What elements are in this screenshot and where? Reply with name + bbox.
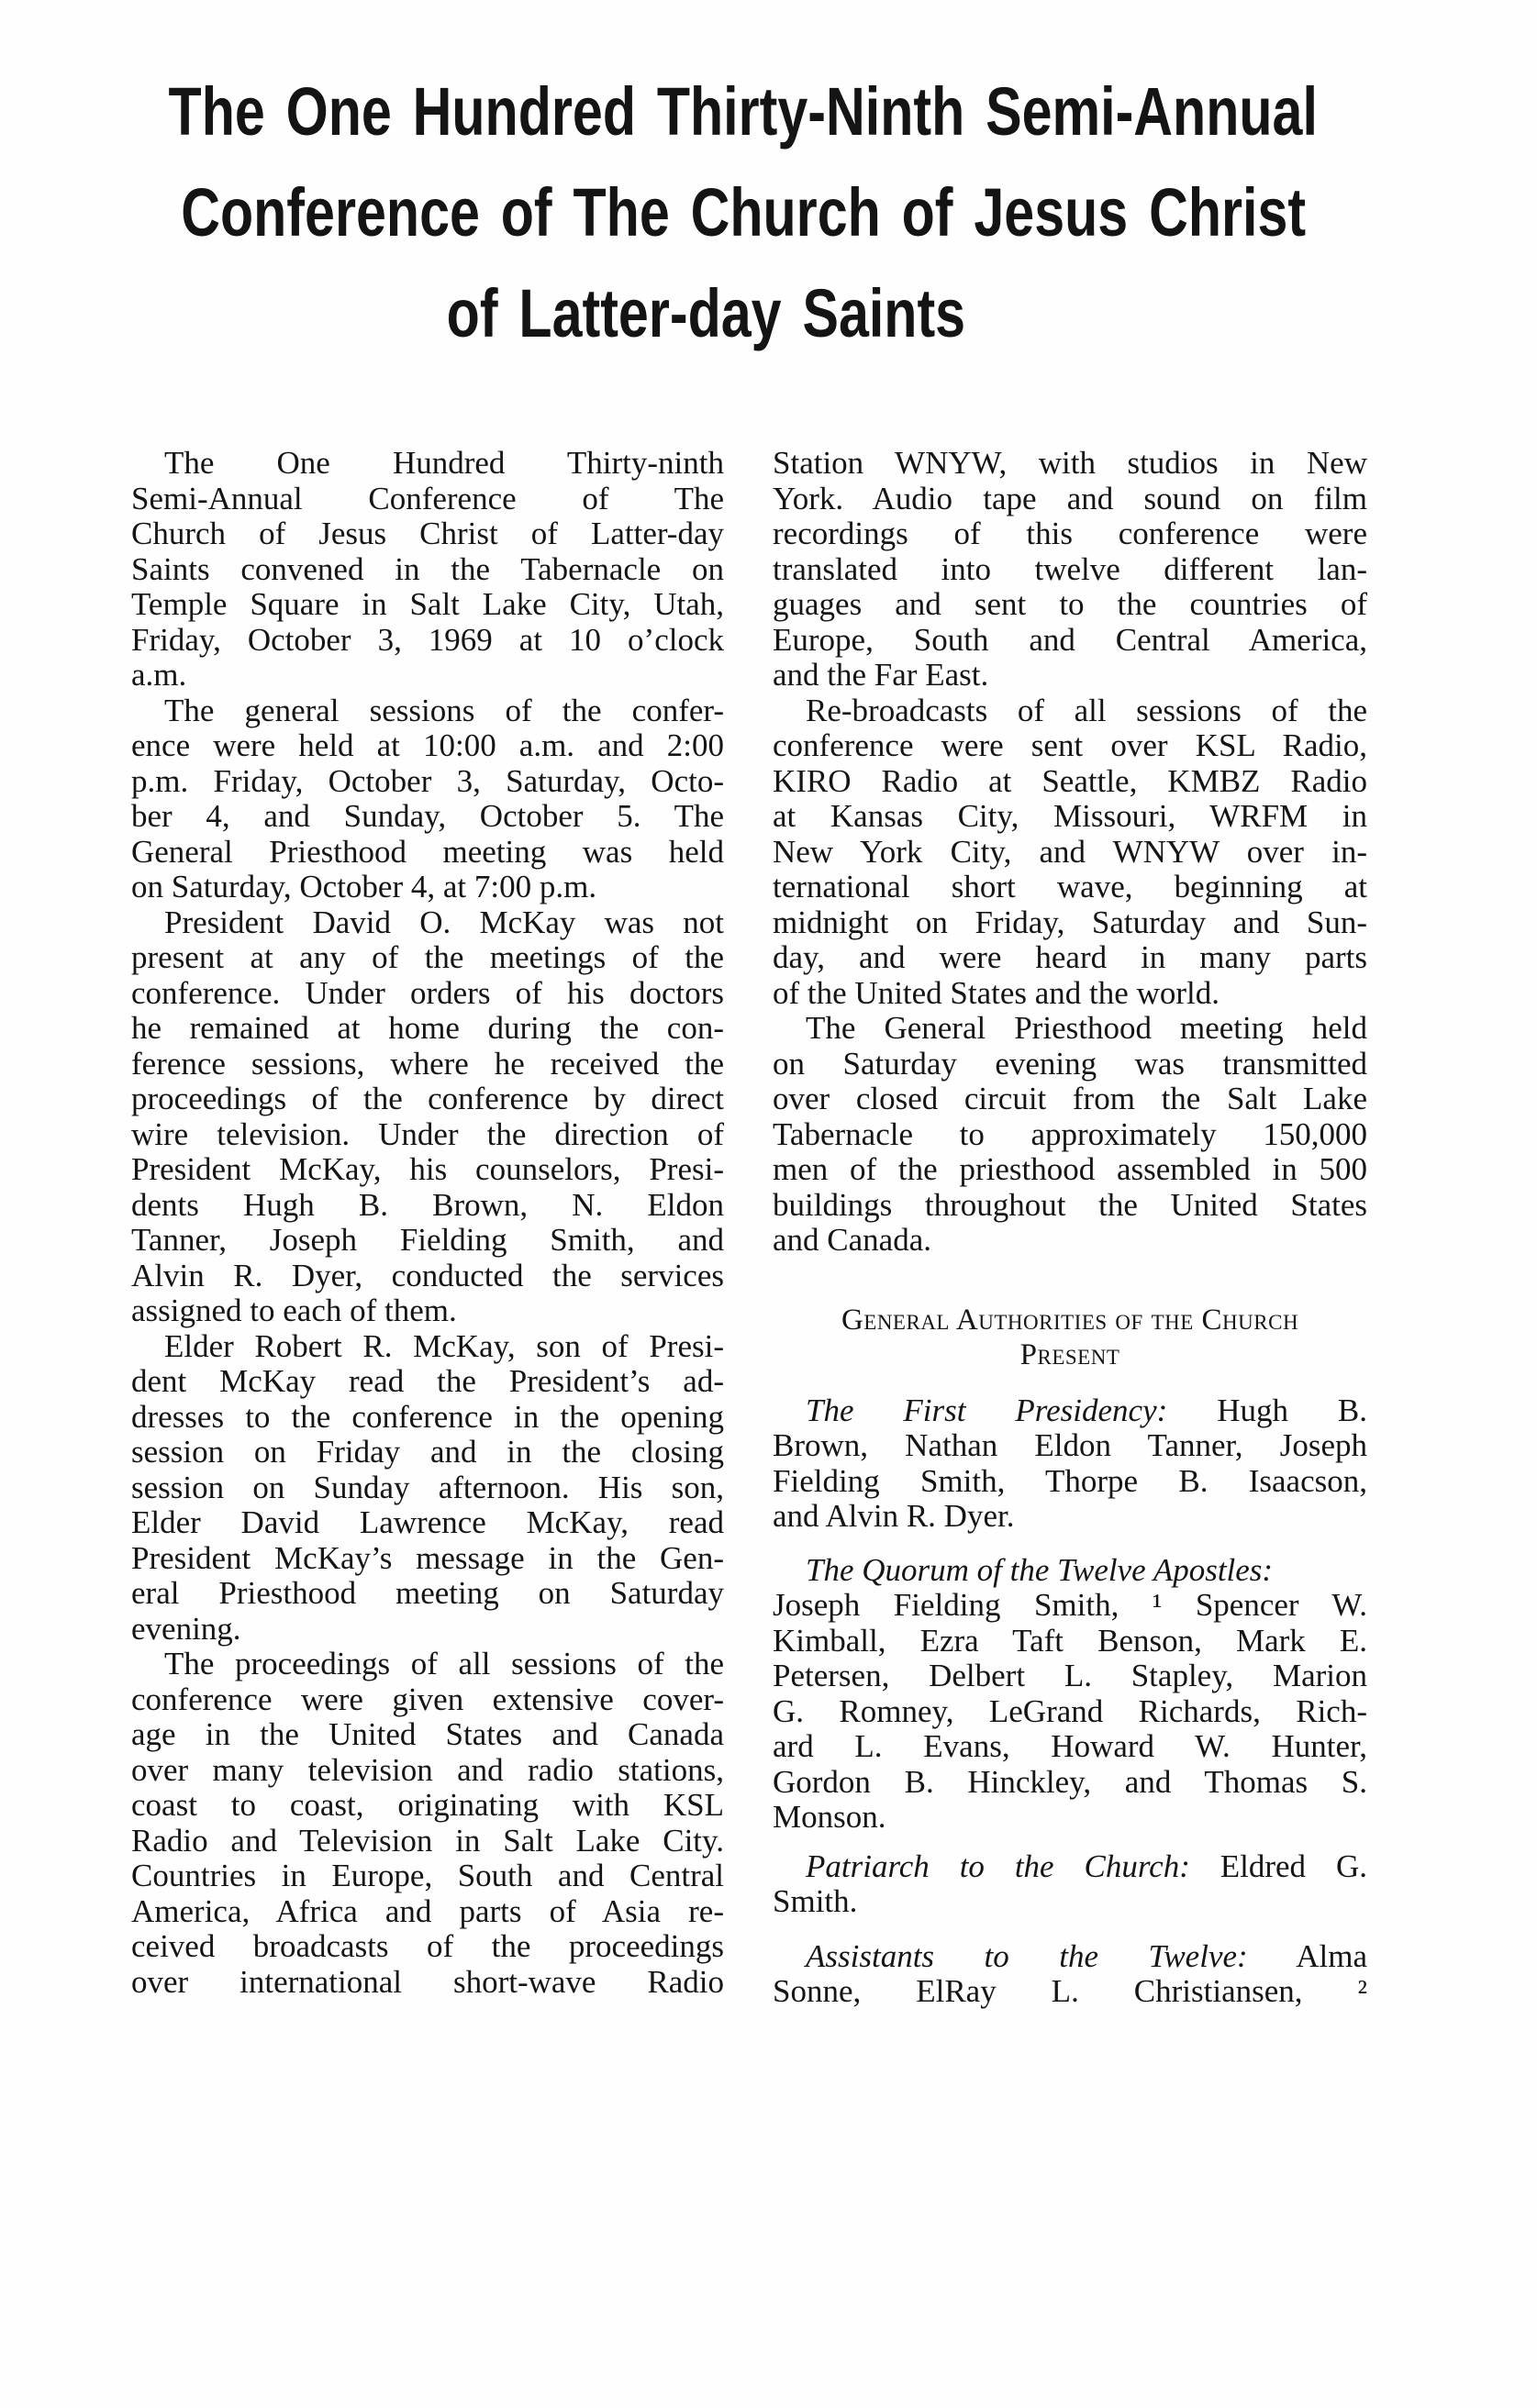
roster-names-line: Sonne, ElRay L. Christiansen, ² [773,1974,1367,2010]
text-line: he remained at home during the con- [131,1011,724,1047]
text-line: Alvin R. Dyer, conducted the services [131,1259,724,1294]
general-authorities-roster: The First Presidency: Hugh B.Brown, Nath… [773,1393,1367,2010]
text-line: The General Priesthood meeting held [773,1011,1367,1047]
text-line: Tanner, Joseph Fielding Smith, and [131,1223,724,1259]
text-line: Saints convened in the Tabernacle on [131,552,724,588]
text-line: age in the United States and Canada [131,1717,724,1753]
text-line: session on Friday and in the closing [131,1435,724,1470]
text-line: Friday, October 3, 1969 at 10 o’clock [131,623,724,659]
text-line: Semi-Annual Conference of The [131,482,724,517]
text-line: at Kansas City, Missouri, WRFM in [773,799,1367,835]
text-line: and the Far East. [773,658,1367,694]
roster-entry: Assistants to the Twelve: AlmaSonne, ElR… [773,1939,1367,2010]
roster-names-line: Petersen, Delbert L. Stapley, Marion [773,1659,1367,1694]
roster-names-line: Fielding Smith, Thorpe B. Isaacson, [773,1464,1367,1500]
text-line: proceedings of the conference by direct [131,1082,724,1117]
roster-names-line: G. Romney, LeGrand Richards, Rich- [773,1694,1367,1730]
paragraph: President David O. McKay was notpresent … [131,905,724,1329]
text-line: guages and sent to the countries of [773,587,1367,623]
right-column-paragraphs: Station WNYW, with studios in NewYork. A… [773,446,1367,1259]
roster-names: Hugh B. [1217,1393,1367,1428]
title-text: of Latter-day Saints [446,263,964,364]
text-line: President McKay, his counselors, Presi- [131,1152,724,1188]
text-line: The One Hundred Thirty-ninth [131,446,724,482]
roster-names-line: and Alvin R. Dyer. [773,1499,1367,1535]
text-line: recordings of this conference were [773,516,1367,552]
roster-names-line: Brown, Nathan Eldon Tanner, Joseph [773,1428,1367,1464]
text-line: General Priesthood meeting was held [131,835,724,871]
roster-names-line: ard L. Evans, Howard W. Hunter, [773,1729,1367,1765]
paragraph: The General Priesthood meeting heldon Sa… [773,1011,1367,1259]
text-line: Temple Square in Salt Lake City, Utah, [131,587,724,623]
text-line: New York City, and WNYW over in- [773,835,1367,871]
roster-label-line: Patriarch to the Church: Eldred G. [773,1849,1367,1885]
title-line: Conference of The Church of Jesus Christ [0,162,1487,263]
text-line: The proceedings of all sessions of the [131,1647,724,1682]
roster-names: Alma [1296,1938,1367,1974]
title-line: The One Hundred Thirty-Ninth Semi-Annual [0,61,1487,162]
text-line: p.m. Friday, October 3, Saturday, Octo- [131,764,724,800]
paragraph: The proceedings of all sessions of theco… [131,1647,724,2000]
roster-names-line: Kimball, Ezra Taft Benson, Mark E. [773,1624,1367,1659]
text-line: on Saturday evening was transmitted [773,1047,1367,1082]
document-page: The One Hundred Thirty-Ninth Semi-Annual… [0,0,1537,2408]
text-line: men of the priesthood assembled in 500 [773,1152,1367,1188]
paragraph: Re-broadcasts of all sessions of theconf… [773,694,1367,1012]
text-line: dresses to the conference in the opening [131,1400,724,1436]
roster-label-line: Assistants to the Twelve: Alma [773,1939,1367,1975]
text-line: present at any of the meetings of the [131,940,724,976]
roster-names: Eldred G. [1220,1848,1367,1884]
text-line: America, Africa and parts of Asia re- [131,1894,724,1930]
text-line: over many television and radio stations, [131,1753,724,1789]
text-line: assigned to each of them. [131,1293,724,1329]
text-line: Station WNYW, with studios in New [773,446,1367,482]
paragraph: The One Hundred Thirty-ninthSemi-Annual … [131,446,724,694]
roster-entry: Patriarch to the Church: Eldred G.Smith. [773,1849,1367,1920]
text-line: Church of Jesus Christ of Latter-day [131,516,724,552]
left-column: The One Hundred Thirty-ninthSemi-Annual … [131,446,724,2000]
text-line: buildings throughout the United States [773,1188,1367,1224]
roster-names-line: Gordon B. Hinckley, and Thomas S. [773,1765,1367,1801]
text-line: The general sessions of the confer- [131,694,724,729]
roster-entry: The Quorum of the Twelve Apostles:Joseph… [773,1553,1367,1836]
roster-label: Patriarch to the Church: [806,1848,1190,1884]
text-line: York. Audio tape and sound on film [773,482,1367,517]
text-line: ence were held at 10:00 a.m. and 2:00 [131,728,724,764]
text-line: President McKay’s message in the Gen- [131,1541,724,1577]
right-column: Station WNYW, with studios in NewYork. A… [773,446,1367,2010]
roster-entry: The First Presidency: Hugh B.Brown, Nath… [773,1393,1367,1535]
text-line: Elder David Lawrence McKay, read [131,1505,724,1541]
text-line: day, and were heard in many parts [773,940,1367,976]
paragraph: Station WNYW, with studios in NewYork. A… [773,446,1367,694]
roster-label: The First Presidency: [806,1393,1167,1428]
text-line: dents Hugh B. Brown, N. Eldon [131,1188,724,1224]
text-line: Re-broadcasts of all sessions of the [773,694,1367,729]
title-text: The One Hundred Thirty-Ninth Semi-Annual [169,61,1318,162]
roster-label: Assistants to the Twelve: [806,1938,1248,1974]
text-line: Countries in Europe, South and Central [131,1859,724,1894]
text-line: eral Priesthood meeting on Saturday [131,1576,724,1612]
text-line: evening. [131,1612,724,1648]
section-heading-line: General Authorities of the Church [773,1303,1367,1338]
paragraph: The general sessions of the confer-ence … [131,694,724,905]
text-line: ber 4, and Sunday, October 5. The [131,799,724,835]
roster-names-line: Smith. [773,1884,1367,1920]
text-line: over international short-wave Radio [131,1965,724,2001]
text-line: and Canada. [773,1223,1367,1259]
text-line: on Saturday, October 4, at 7:00 p.m. [131,870,724,905]
text-line: over closed circuit from the Salt Lake [773,1082,1367,1117]
page-title: The One Hundred Thirty-Ninth Semi-Annual… [0,61,1487,364]
text-line: of the United States and the world. [773,976,1367,1012]
text-line: conference. Under orders of his doctors [131,976,724,1012]
text-line: a.m. [131,658,724,694]
roster-label: The Quorum of the Twelve Apostles: [806,1552,1273,1588]
text-line: conference were given extensive cover- [131,1682,724,1718]
text-line: KIRO Radio at Seattle, KMBZ Radio [773,764,1367,800]
text-line: ference sessions, where he received the [131,1047,724,1082]
text-line: midnight on Friday, Saturday and Sun- [773,905,1367,941]
text-line: conference were sent over KSL Radio, [773,728,1367,764]
roster-label-line: The First Presidency: Hugh B. [773,1393,1367,1429]
text-line: ternational short wave, beginning at [773,870,1367,905]
paragraph: Elder Robert R. McKay, son of Presi-dent… [131,1329,724,1648]
text-line: President David O. McKay was not [131,905,724,941]
text-line: session on Sunday afternoon. His son, [131,1470,724,1506]
section-heading: General Authorities of the Church Presen… [773,1303,1367,1373]
text-line: Elder Robert R. McKay, son of Presi- [131,1329,724,1365]
roster-names-line: Joseph Fielding Smith, ¹ Spencer W. [773,1588,1367,1624]
roster-names-line: Monson. [773,1800,1367,1836]
text-line: translated into twelve different lan- [773,552,1367,588]
text-line: coast to coast, originating with KSL [131,1788,724,1824]
text-line: ceived broadcasts of the proceedings [131,1929,724,1965]
roster-label-line: The Quorum of the Twelve Apostles: [773,1553,1367,1589]
text-line: Europe, South and Central America, [773,623,1367,659]
text-line: Radio and Television in Salt Lake City. [131,1824,724,1859]
text-line: dent McKay read the President’s ad- [131,1364,724,1400]
text-line: Tabernacle to approximately 150,000 [773,1117,1367,1153]
section-heading-line: Present [773,1337,1367,1373]
title-line: of Latter-day Saints [0,263,1487,364]
title-text: Conference of The Church of Jesus Christ [181,162,1306,263]
text-line: wire television. Under the direction of [131,1117,724,1153]
